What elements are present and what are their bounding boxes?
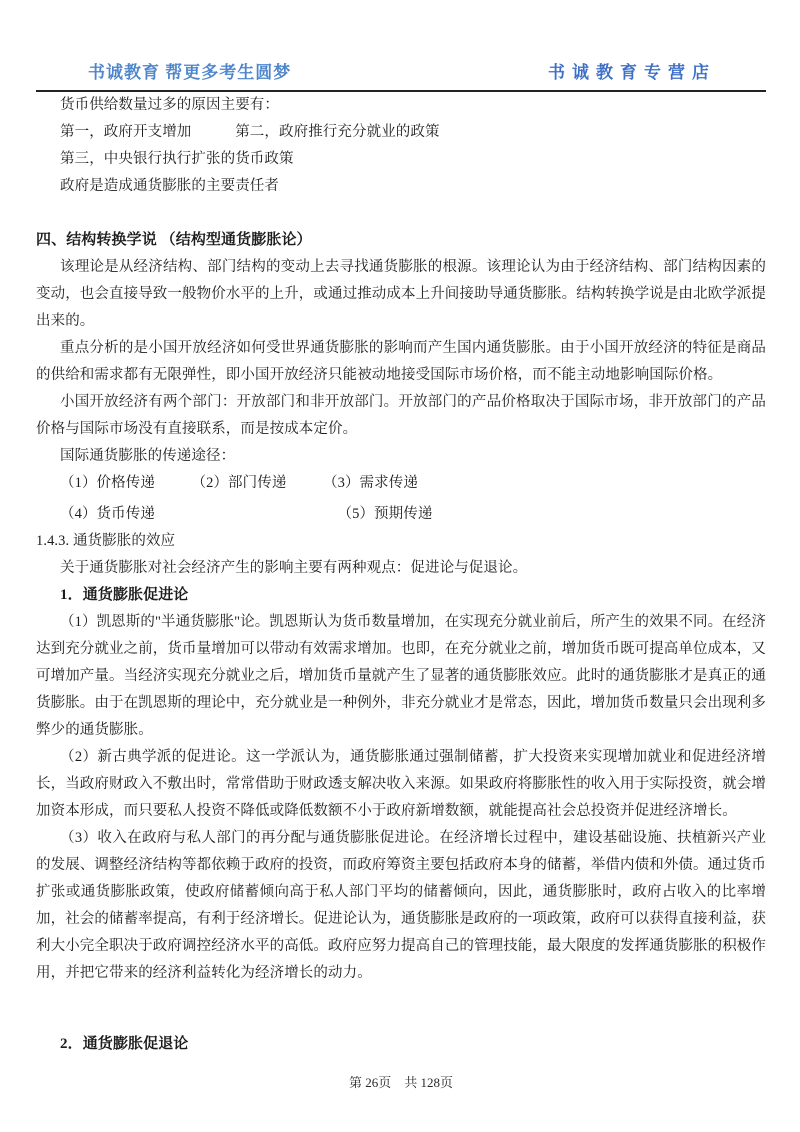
paragraph: 小国开放经济有两个部门：开放部门和非开放部门。开放部门的产品价格取决于国际市场，…: [36, 389, 766, 443]
paragraph: （1）凯恩斯的"半通货膨胀"论。凯恩斯认为货币数量增加，在实现充分就业前后，所产…: [36, 609, 766, 744]
page-footer: 第 26页 共 128页: [36, 1072, 766, 1091]
page-number: 第 26页 共 128页: [349, 1075, 453, 1090]
paragraph: 重点分析的是小国开放经济如何受世界通货膨胀的影响而产生国内通货膨胀。由于小国开放…: [36, 335, 766, 389]
sub-heading: 2．通货膨胀促退论: [36, 1031, 766, 1058]
section-heading: 四、结构转换学说 （结构型通货膨胀论）: [36, 227, 766, 254]
paragraph: （2）新古典学派的促进论。这一学派认为，通货膨胀通过强制储蓄，扩大投资来实现增加…: [36, 744, 766, 825]
document-body: 货币供给数量过多的原因主要有：第一，政府开支增加 第二，政府推行充分就业的政策第…: [36, 92, 766, 1058]
document-page: 书诚教育 帮更多考生圆梦 书诚教育专营店 货币供给数量过多的原因主要有：第一，政…: [0, 0, 800, 1132]
text-line: 关于通货膨胀对社会经济产生的影响主要有两种观点：促进论与促退论。: [36, 555, 766, 582]
page-header: 书诚教育 帮更多考生圆梦 书诚教育专营店: [36, 58, 766, 83]
paragraph: 该理论是从经济结构、部门结构的变动上去寻找通货膨胀的根源。该理论认为由于经济结构…: [36, 254, 766, 335]
text-line: （1）价格传递 （2）部门传递 （3）需求传递: [36, 470, 766, 497]
text-line: 第三，中央银行执行扩张的货币政策: [36, 146, 766, 173]
text-line: 货币供给数量过多的原因主要有：: [36, 92, 766, 119]
paragraph: （3）收入在政府与私人部门的再分配与通货膨胀促进论。在经济增长过程中，建设基础设…: [36, 825, 766, 987]
header-left: 书诚教育 帮更多考生圆梦: [88, 58, 291, 83]
text-line: 国际通货膨胀的传递途径：: [36, 443, 766, 470]
text-line: （4）货币传递 （5）预期传递: [36, 501, 766, 528]
header-right: 书诚教育专营店: [548, 58, 716, 83]
sub-heading: 1．通货膨胀促进论: [36, 582, 766, 609]
text-line: 1.4.3. 通货膨胀的效应: [36, 528, 766, 555]
text-line: 政府是造成通货膨胀的主要责任者: [36, 173, 766, 200]
text-line: 第一，政府开支增加 第二，政府推行充分就业的政策: [36, 119, 766, 146]
